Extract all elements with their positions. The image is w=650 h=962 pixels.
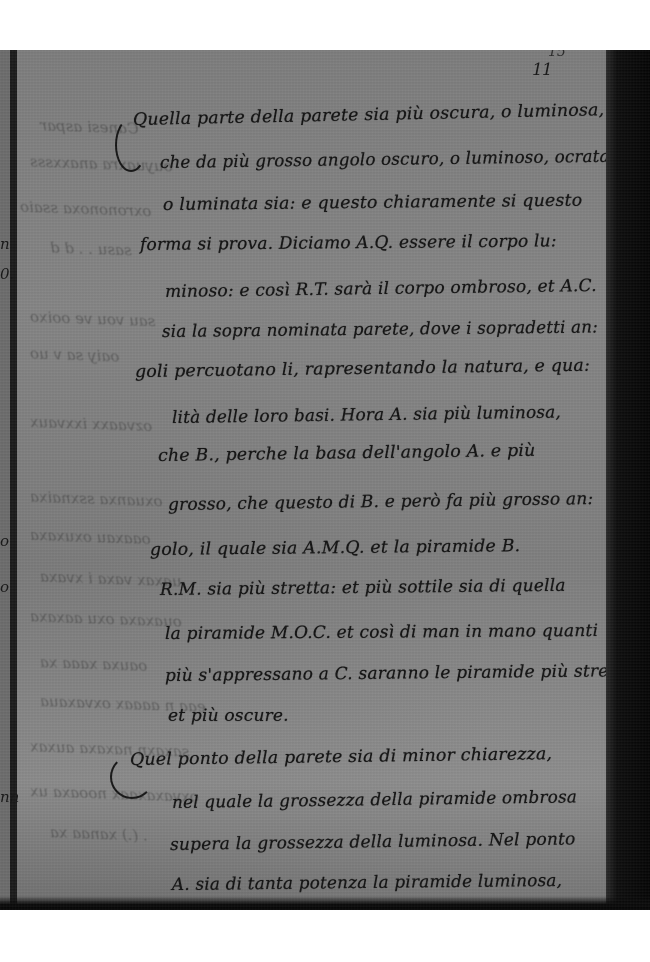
text-line: A. sia di tanta potenza la piramide lumi…: [172, 871, 562, 895]
text-line: forma si prova. Diciamo A.Q. essere il c…: [140, 231, 557, 255]
text-line: Quel ponto della parete sia di minor chi…: [130, 744, 552, 770]
manuscript-text: Quella parte della parete sia più oscura…: [0, 50, 650, 910]
text-line: che da più grosso angolo oscuro, o lumin…: [160, 147, 610, 173]
text-line: sia la sopra nominata parete, dove i sop…: [162, 317, 598, 342]
manuscript-scan: Canesi aspar ouyuaxra anaxxsss oxrononox…: [0, 50, 650, 910]
initial-q-flourish: [115, 118, 147, 172]
text-line: lità delle loro basi. Hora A. sia più lu…: [172, 403, 561, 428]
text-line: nel quale la grossezza della piramide om…: [172, 787, 577, 813]
text-line: supera la grossezza della luminosa. Nel …: [170, 829, 576, 855]
page-bottom-shadow: [0, 896, 650, 910]
text-line: goli percuotano li, rapresentando la nat…: [135, 356, 590, 382]
initial-q-flourish: [110, 755, 154, 799]
text-line: et più oscure.: [168, 706, 289, 726]
text-line: o luminata sia: e questo chiaramente si …: [163, 191, 583, 215]
text-line: che B., perche la basa dell'angolo A. e …: [158, 441, 536, 466]
text-line: la piramide M.O.C. et così di man in man…: [165, 621, 598, 644]
text-line: grosso, che questo di B. e però fa più g…: [168, 489, 594, 515]
text-line: più s'appressano a C. saranno le piramid…: [165, 661, 615, 686]
text-line: Quella parte della parete sia più oscura…: [133, 100, 605, 130]
text-line: golo, il quale sia A.M.Q. et la piramide…: [150, 536, 521, 560]
text-line: R.M. sia più stretta: et più sottile sia…: [160, 576, 566, 600]
binding-shadow: [606, 50, 650, 910]
text-line: minoso: e così R.T. sarà il corpo ombros…: [165, 276, 597, 302]
